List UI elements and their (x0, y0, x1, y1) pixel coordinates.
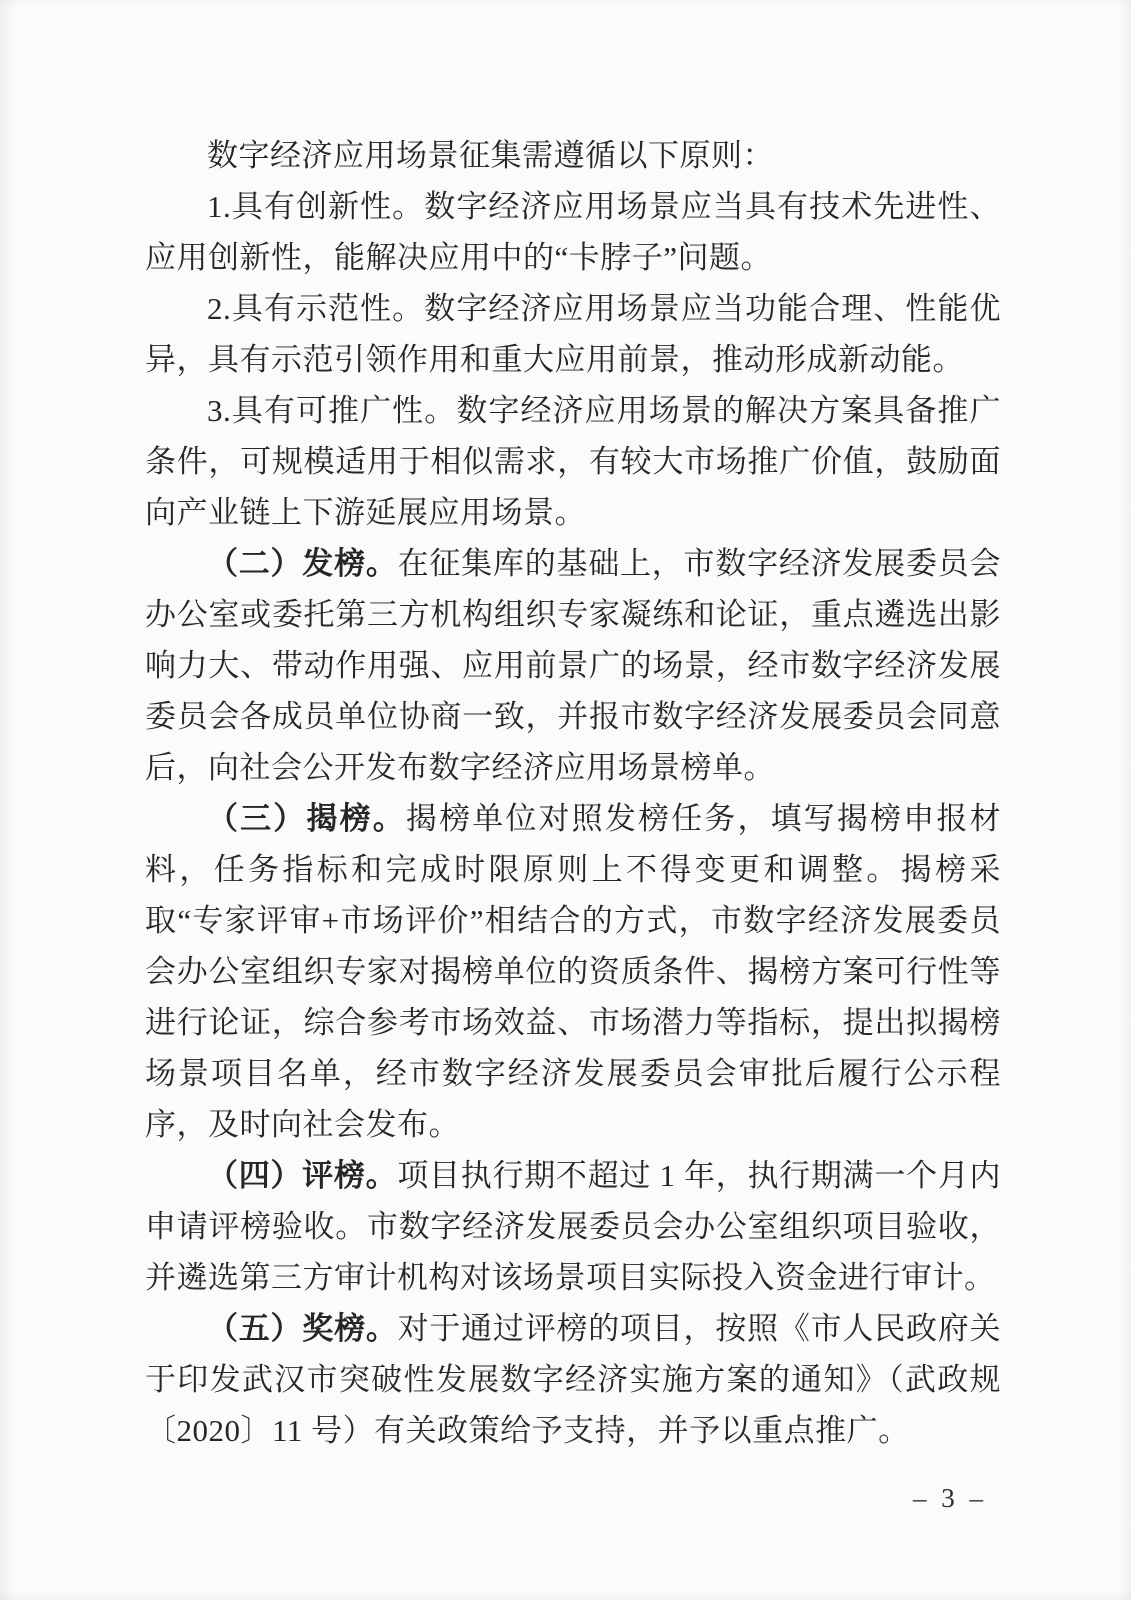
paragraph-section-4-pingbang: （四）评榜。项目执行期不超过 1 年，执行期满一个月内申请评榜验收。市数字经济发… (145, 1150, 1001, 1303)
paragraph-text: 数字经济应用场景征集需遵循以下原则： (207, 138, 774, 173)
paragraph-lead: （四）评榜。 (207, 1158, 397, 1193)
paragraph-text: 揭榜单位对照发榜任务，填写揭榜申报材料，任务指标和完成时限原则上不得变更和调整。… (145, 801, 1001, 1142)
document-body: 数字经济应用场景征集需遵循以下原则： 1.具有创新性。数字经济应用场景应当具有技… (145, 130, 1001, 1456)
paragraph-principle-3: 3.具有可推广性。数字经济应用场景的解决方案具备推广条件，可规模适用于相似需求，… (145, 385, 1001, 538)
scanned-document-page: 数字经济应用场景征集需遵循以下原则： 1.具有创新性。数字经济应用场景应当具有技… (0, 0, 1131, 1600)
paragraph-text: 在征集库的基础上，市数字经济发展委员会办公室或委托第三方机构组织专家凝练和论证，… (145, 546, 1001, 785)
paragraph-principles-intro: 数字经济应用场景征集需遵循以下原则： (145, 130, 1001, 181)
paragraph-principle-2: 2.具有示范性。数字经济应用场景应当功能合理、性能优异，具有示范引领作用和重大应… (145, 283, 1001, 385)
paragraph-section-3-jiebang: （三）揭榜。揭榜单位对照发榜任务，填写揭榜申报材料，任务指标和完成时限原则上不得… (145, 793, 1001, 1150)
paragraph-lead: （五）奖榜。 (207, 1311, 398, 1346)
paragraph-lead: （二）发榜。 (207, 546, 398, 581)
paragraph-section-5-jiangbang: （五）奖榜。对于通过评榜的项目，按照《市人民政府关于印发武汉市突破性发展数字经济… (145, 1303, 1001, 1456)
paragraph-section-2-fabang: （二）发榜。在征集库的基础上，市数字经济发展委员会办公室或委托第三方机构组织专家… (145, 538, 1001, 793)
paragraph-text: 2.具有示范性。数字经济应用场景应当功能合理、性能优异，具有示范引领作用和重大应… (145, 291, 1001, 377)
paragraph-text: 3.具有可推广性。数字经济应用场景的解决方案具备推广条件，可规模适用于相似需求，… (145, 393, 1001, 530)
page-number: – 3 – (900, 1478, 1000, 1518)
paragraph-principle-1: 1.具有创新性。数字经济应用场景应当具有技术先进性、应用创新性，能解决应用中的“… (145, 181, 1001, 283)
paragraph-lead: （三）揭榜。 (207, 801, 406, 836)
paragraph-text: 1.具有创新性。数字经济应用场景应当具有技术先进性、应用创新性，能解决应用中的“… (145, 189, 1001, 275)
